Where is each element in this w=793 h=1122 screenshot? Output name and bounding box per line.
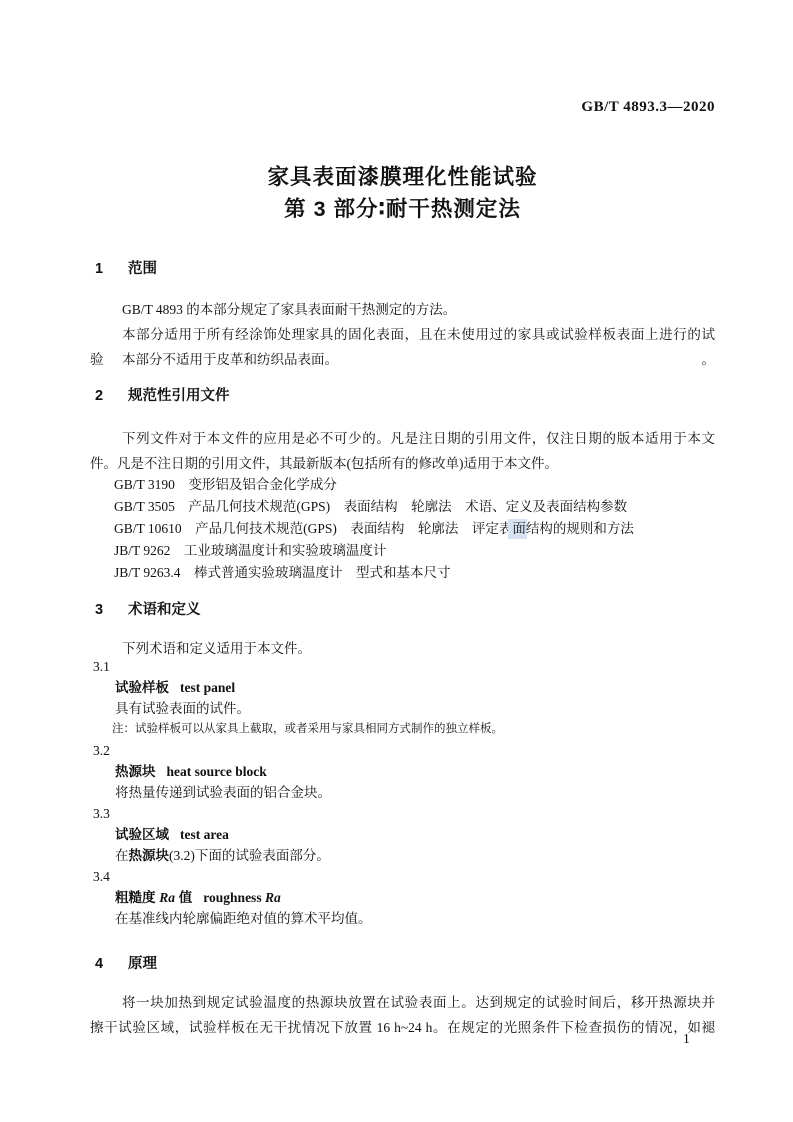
reference-item: JB/T 9262 工业玻璃温度计和实验玻璃温度计: [90, 540, 715, 562]
term-note: 注：试验样板可以从家具上截取，或者采用与家具相同方式制作的独立样板。: [90, 719, 715, 740]
term-entry: 试验区域test area: [90, 824, 715, 845]
reference-item: GB/T 3505 产品几何技术规范(GPS) 表面结构 轮廓法 术语、定义及表…: [90, 496, 715, 518]
term-definition: 将热量传递到试验表面的铝合金块。: [90, 782, 715, 803]
term-definition: 具有试验表面的试件。: [90, 698, 715, 719]
section-1-heading: 1范围: [90, 257, 715, 278]
term-entry: 热源块heat source block: [90, 761, 715, 782]
section-4-number: 4: [95, 956, 128, 972]
doc-title-line1: 家具表面漆膜理化性能试验: [90, 164, 715, 190]
reference-item: GB/T 10610 产品几何技术规范(GPS) 表面结构 轮廓法 评定表面结构…: [90, 518, 715, 540]
section-3-number: 3: [95, 602, 128, 618]
section-3-heading: 3术语和定义: [90, 598, 715, 619]
reference-text: GB/T 10610 产品几何技术规范(GPS) 表面结构 轮廓法 评定表: [114, 521, 512, 536]
term-symbol-ra: Ra: [265, 890, 281, 905]
paragraph: 本部分适用于所有经涂饰处理家具的固化表面，且在未使用过的家具或试验样板表面上进行…: [90, 322, 715, 347]
terms-and-definitions: 3.1 试验样板test panel 具有试验表面的试件。 注：试验样板可以从家…: [90, 656, 715, 929]
section-2-heading: 2规范性引用文件: [90, 384, 715, 405]
section-3-title: 术语和定义: [128, 602, 201, 618]
section-2-title: 规范性引用文件: [128, 388, 230, 404]
section-1-body: GB/T 4893 的本部分规定了家具表面耐干热测定的方法。 本部分适用于所有经…: [90, 297, 715, 372]
section-4-body: 将一块加热到规定试验温度的热源块放置在试验表面上。达到规定的试验时间后，移开热源…: [90, 990, 715, 1040]
section-1-title: 范围: [128, 261, 157, 277]
term-chinese: 粗糙度 Ra 值: [115, 890, 192, 905]
term-symbol-ra: Ra: [159, 890, 175, 905]
paragraph: GB/T 4893 的本部分规定了家具表面耐干热测定的方法。: [90, 297, 715, 322]
paragraph: 下列文件对于本文件的应用是必不可少的。凡是注日期的引用文件，仅注日期的版本适用于…: [90, 426, 715, 451]
term-entry: 粗糙度 Ra 值roughness Ra: [90, 887, 715, 908]
term-english: heat source block: [167, 764, 267, 779]
paragraph: 件。凡是不注日期的引用文件，其最新版本(包括所有的修改单)适用于本文件。: [90, 451, 715, 476]
reference-item: GB/T 3190 变形铝及铝合金化学成分: [90, 474, 715, 496]
doc-title-line2: 第 3 部分∶耐干热测定法: [90, 196, 715, 222]
term-english: test area: [180, 827, 229, 842]
definition-text: (3.2)下面的试验表面部分。: [169, 848, 330, 863]
definition-text: 在: [115, 848, 129, 863]
term-number: 3.2: [90, 740, 715, 761]
highlighted-text: 面: [508, 519, 527, 539]
section-4-title: 原理: [128, 956, 157, 972]
normative-references-list: GB/T 3190 变形铝及铝合金化学成分 GB/T 3505 产品几何技术规范…: [90, 474, 715, 584]
definition-bold-term: 热源块: [129, 848, 170, 863]
term-english: roughness Ra: [203, 890, 280, 905]
page-number: 1: [683, 1031, 690, 1047]
term-definition: 在热源块(3.2)下面的试验表面部分。: [90, 845, 715, 866]
term-chinese: 热源块: [115, 764, 156, 779]
reference-item: JB/T 9263.4 棒式普通实验玻璃温度计 型式和基本尺寸: [90, 562, 715, 584]
term-number: 3.4: [90, 866, 715, 887]
term-english: test panel: [180, 680, 235, 695]
section-4-heading: 4原理: [90, 952, 715, 973]
document-page: GB/T 4893.3—2020 家具表面漆膜理化性能试验 第 3 部分∶耐干热…: [0, 0, 793, 1122]
section-1-number: 1: [95, 261, 128, 277]
term-number: 3.3: [90, 803, 715, 824]
reference-text: 结构的规则和方法: [526, 521, 634, 536]
paragraph: 将一块加热到规定试验温度的热源块放置在试验表面上。达到规定的试验时间后，移开热源…: [90, 990, 715, 1015]
term-definition: 在基准线内轮廓偏距绝对值的算术平均值。: [90, 908, 715, 929]
term-chinese: 试验样板: [115, 680, 169, 695]
term-chinese: 试验区域: [115, 827, 169, 842]
term-number: 3.1: [90, 656, 715, 677]
term-entry: 试验样板test panel: [90, 677, 715, 698]
paragraph: 擦干试验区域，试验样板在无干扰情况下放置 16 h~24 h。在规定的光照条件下…: [90, 1015, 715, 1040]
section-2-number: 2: [95, 388, 128, 404]
doc-code: GB/T 4893.3—2020: [90, 99, 715, 116]
section-2-intro: 下列文件对于本文件的应用是必不可少的。凡是注日期的引用文件，仅注日期的版本适用于…: [90, 426, 715, 476]
